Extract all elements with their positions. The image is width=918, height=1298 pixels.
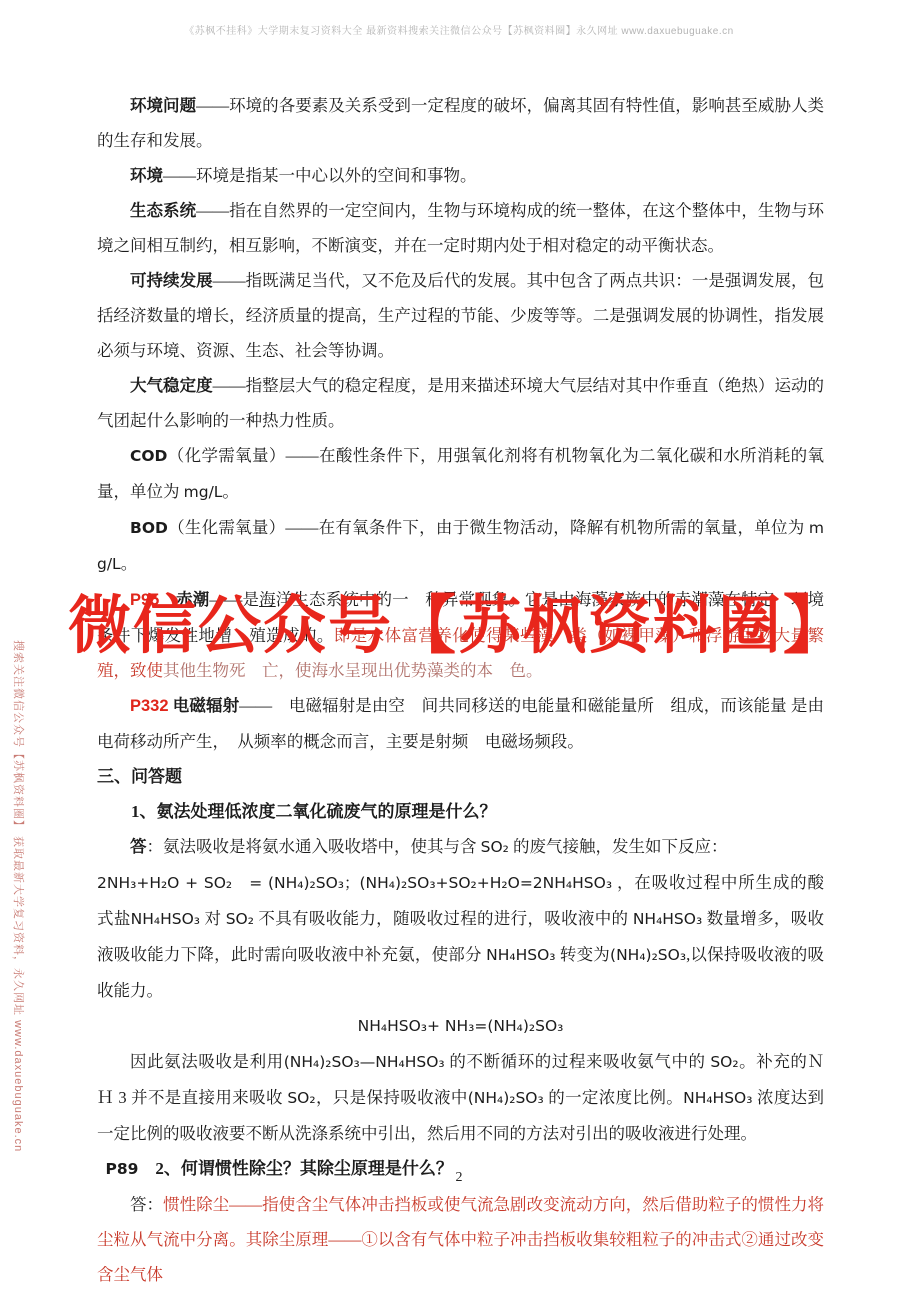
- text-run: 惯性除尘——指使含尘气体冲击挡板或使气流急剧改变流动方向，然后借助粒子的惯性力将…: [97, 1195, 824, 1284]
- page-number: 2: [0, 1170, 918, 1186]
- paragraph: 答：惯性除尘——指使含尘气体冲击挡板或使气流急剧改变流动方向，然后借助粒子的惯性…: [97, 1187, 824, 1292]
- text-run: P95: [130, 591, 159, 609]
- text-run: 。: [121, 554, 138, 573]
- text-run: ——环境的各要素及关系受到一定程度的破坏，偏离其固有特性值，影响甚至威胁人类的生…: [97, 96, 824, 150]
- text-run: 不具有吸收能力，随吸收过程的进行，吸收液中的: [254, 909, 633, 928]
- paragraph: P332 电磁辐射—— 电磁辐射是由空 间共同移送的电能量和磁能量所 组成，而该…: [97, 688, 824, 759]
- text-run: BOD: [130, 519, 168, 537]
- document-body: 环境问题——环境的各要素及关系受到一定程度的破坏，偏离其固有特性值，影响甚至威胁…: [97, 88, 824, 1292]
- text-run: 2NH₃+H₂O + SO₂ = (NH₄)₂SO₃；(NH₄)₂SO₃+SO₂…: [97, 874, 612, 892]
- text-run: 转变为: [555, 945, 610, 964]
- text-run: P332: [130, 697, 169, 715]
- text-run: NH₄HSO₃: [683, 1089, 752, 1107]
- paragraph: 生态系统——指在自然界的一定空间内，生物与环境构成的统一整体，在这个整体中，生物…: [97, 193, 824, 263]
- text-run: (NH₄)₂SO₃—NH₄HSO₃: [284, 1053, 445, 1071]
- text-run: 其他生物死 亡，使海水呈现出优势藻类的本 色。: [163, 661, 543, 680]
- text-run: ——指在自然界的一定空间内，生物与环境构成的统一整体，在这个整体中，生物与环境之…: [97, 201, 824, 255]
- text-run: ——是: [209, 590, 259, 609]
- paragraph: COD（化学需氧量）——在酸性条件下，用强氧化剂将有机物氧化为二氧化碳和水所消耗…: [97, 438, 824, 510]
- text-run: （生化需氧量）——在有氧条件下，由于微生物活动，降解有机物所需的氧量，单位为: [168, 518, 809, 537]
- paragraph: 三、问答题: [97, 759, 824, 794]
- text-run: 的不断循环的过程来吸收氨气中的: [445, 1052, 711, 1071]
- text-run: NH₄HSO₃: [486, 946, 555, 964]
- text-run: [159, 590, 176, 609]
- text-run: 答：: [130, 1195, 163, 1214]
- text-run: NH₄HSO₃: [131, 910, 200, 928]
- running-header: 《苏枫不挂科》大学期末复习资料大全 最新资料搜索关注微信公众号【苏枫资料圈】永久…: [0, 22, 918, 37]
- paragraph: 环境问题——环境的各要素及关系受到一定程度的破坏，偏离其固有特性值，影响甚至威胁…: [97, 88, 824, 158]
- text-run: 三、问答题: [97, 767, 182, 786]
- text-run: 1、氨法处理低浓度二氧化硫废气的原理是什么？: [131, 802, 497, 821]
- text-run: 赤潮: [176, 590, 209, 609]
- text-run: (NH₄)₂SO₃: [468, 1089, 544, 1107]
- paragraph: 可持续发展——指既满足当代，又不危及后代的发展。其中包含了两点共识：一是强调发展…: [97, 263, 824, 368]
- text-run: 环境: [130, 166, 163, 185]
- text-run: SO₂: [710, 1053, 738, 1071]
- text-run: 可持续发展: [130, 271, 213, 290]
- text-run: NH₄HSO₃+ NH₃=(NH₄)₂SO₃: [358, 1017, 564, 1035]
- text-run: (NH₄)₂SO₃: [610, 946, 686, 964]
- paragraph: 大气稳定度——指整层大气的稳定程度，是用来描述环境大气层结对其中作垂直（绝热）运…: [97, 368, 824, 438]
- text-run: 因此氨法吸收是利用: [130, 1052, 284, 1071]
- paragraph: 1、氨法处理低浓度二氧化硫废气的原理是什么？: [97, 794, 824, 829]
- text-run: 的一定浓度比例。: [544, 1088, 683, 1107]
- paragraph: P95 赤潮——是海洋生态系统中的一 种异常现象。它是由海藻家族中的赤潮藻在特定…: [97, 582, 824, 688]
- text-run: SO₂: [481, 838, 509, 856]
- paragraph: 环境——环境是指某一中心以外的空间和事物。: [97, 158, 824, 193]
- paragraph: 因此氨法吸收是利用(NH₄)₂SO₃—NH₄HSO₃ 的不断循环的过程来吸收氨气…: [97, 1044, 824, 1151]
- paragraph: 答：氨法吸收是将氨水通入吸收塔中，使其与含 SO₂ 的废气接触，发生如下反应：: [97, 829, 824, 865]
- text-run: 答: [130, 837, 147, 856]
- text-run: ，只是保持吸收液中: [316, 1088, 468, 1107]
- paragraph: 2NH₃+H₂O + SO₂ = (NH₄)₂SO₃；(NH₄)₂SO₃+SO₂…: [97, 865, 824, 1008]
- text-run: SO₂: [226, 910, 254, 928]
- text-run: 对: [200, 909, 226, 928]
- text-run: 电磁辐射: [173, 696, 239, 715]
- text-run: NH₄HSO₃: [633, 910, 702, 928]
- text-run: 海: [259, 590, 276, 609]
- text-run: COD: [130, 447, 167, 465]
- text-run: 大气稳定度: [130, 376, 213, 395]
- text-run: ：氨法吸收是将氨水通入吸收塔中，使其与含: [147, 837, 481, 856]
- text-run: 。: [222, 482, 239, 501]
- side-promo-text: 搜索关注微信公众号【苏枫资料圈】 获取最新大学复习资料，永久网址 www.dax…: [11, 640, 27, 1080]
- paragraph: BOD（生化需氧量）——在有氧条件下，由于微生物活动，降解有机物所需的氧量，单位…: [97, 510, 824, 582]
- text-run: 环境问题: [130, 96, 196, 115]
- paragraph: NH₄HSO₃+ NH₃=(NH₄)₂SO₃: [97, 1008, 824, 1044]
- document-page: 《苏枫不挂科》大学期末复习资料大全 最新资料搜索关注微信公众号【苏枫资料圈】永久…: [0, 0, 918, 1298]
- text-run: 的废气接触，发生如下反应：: [509, 837, 728, 856]
- text-run: mg/L: [184, 483, 223, 501]
- text-run: 生态系统: [130, 201, 196, 220]
- text-run: SO₂: [287, 1089, 315, 1107]
- text-run: ——环境是指某一中心以外的空间和事物。: [163, 166, 477, 185]
